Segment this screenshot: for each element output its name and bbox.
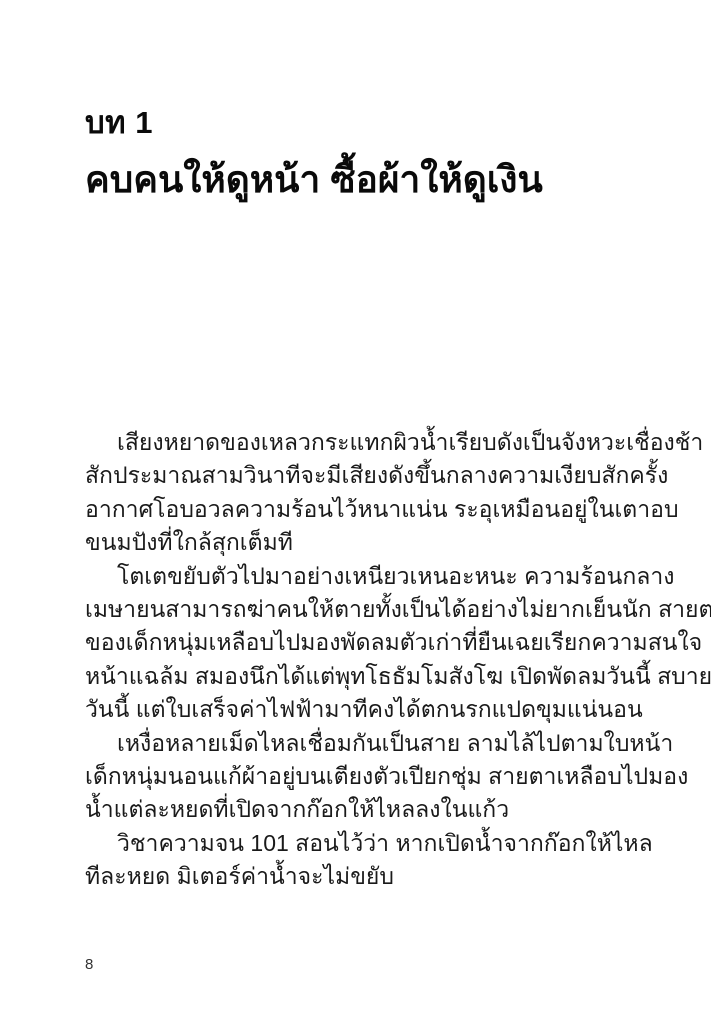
- body-text: เสียงหยาดของเหลวกระแทกผิวน้ำเรียบดังเป็น…: [85, 426, 655, 893]
- text-line: ทีละหยด มิเตอร์ค่าน้ำจะไม่ขยับ: [85, 860, 655, 893]
- chapter-title: คบคนให้ดูหน้า ซื้อผ้าให้ดูเงิน: [85, 156, 543, 204]
- text-line: ของเด็กหนุ่มเหลือบไปมองพัดลมตัวเก่าที่ยื…: [85, 626, 655, 659]
- text-line: น้ำแต่ละหยดที่เปิดจากก๊อกให้ไหลลงในแก้ว: [85, 793, 655, 826]
- text-line: อากาศโอบอวลความร้อนไว้หนาแน่น ระอุเหมือน…: [85, 493, 655, 526]
- text-line: หน้าแฉล้ม สมองนึกได้แต่พุทโธธัมโมสังโฆ เ…: [85, 660, 655, 693]
- book-page: บท 1 คบคนให้ดูหน้า ซื้อผ้าให้ดูเงิน เสีย…: [0, 0, 711, 1024]
- text-line: เด็กหนุ่มนอนแก้ผ้าอยู่บนเตียงตัวเปียกชุ่…: [85, 760, 655, 793]
- text-line: เสียงหยาดของเหลวกระแทกผิวน้ำเรียบดังเป็น…: [85, 426, 655, 459]
- text-line: สักประมาณสามวินาทีจะมีเสียงดังขึ้นกลางคว…: [85, 459, 655, 492]
- chapter-number: บท 1: [85, 106, 543, 140]
- text-line: เมษายนสามารถฆ่าคนให้ตายทั้งเป็นได้อย่างไ…: [85, 593, 655, 626]
- text-line: เหงื่อหลายเม็ดไหลเชื่อมกันเป็นสาย ลามไล้…: [85, 727, 655, 760]
- text-line: โตเตขยับตัวไปมาอย่างเหนียวเหนอะหนะ ความร…: [85, 560, 655, 593]
- text-line: ขนมปังที่ใกล้สุกเต็มที: [85, 526, 655, 559]
- text-line: วันนี้ แต่ใบเสร็จค่าไฟฟ้ามาทีคงได้ตกนรกแ…: [85, 693, 655, 726]
- chapter-heading: บท 1 คบคนให้ดูหน้า ซื้อผ้าให้ดูเงิน: [85, 106, 543, 204]
- text-line: วิชาความจน 101 สอนไว้ว่า หากเปิดน้ำจากก๊…: [85, 827, 655, 860]
- page-number: 8: [85, 956, 93, 973]
